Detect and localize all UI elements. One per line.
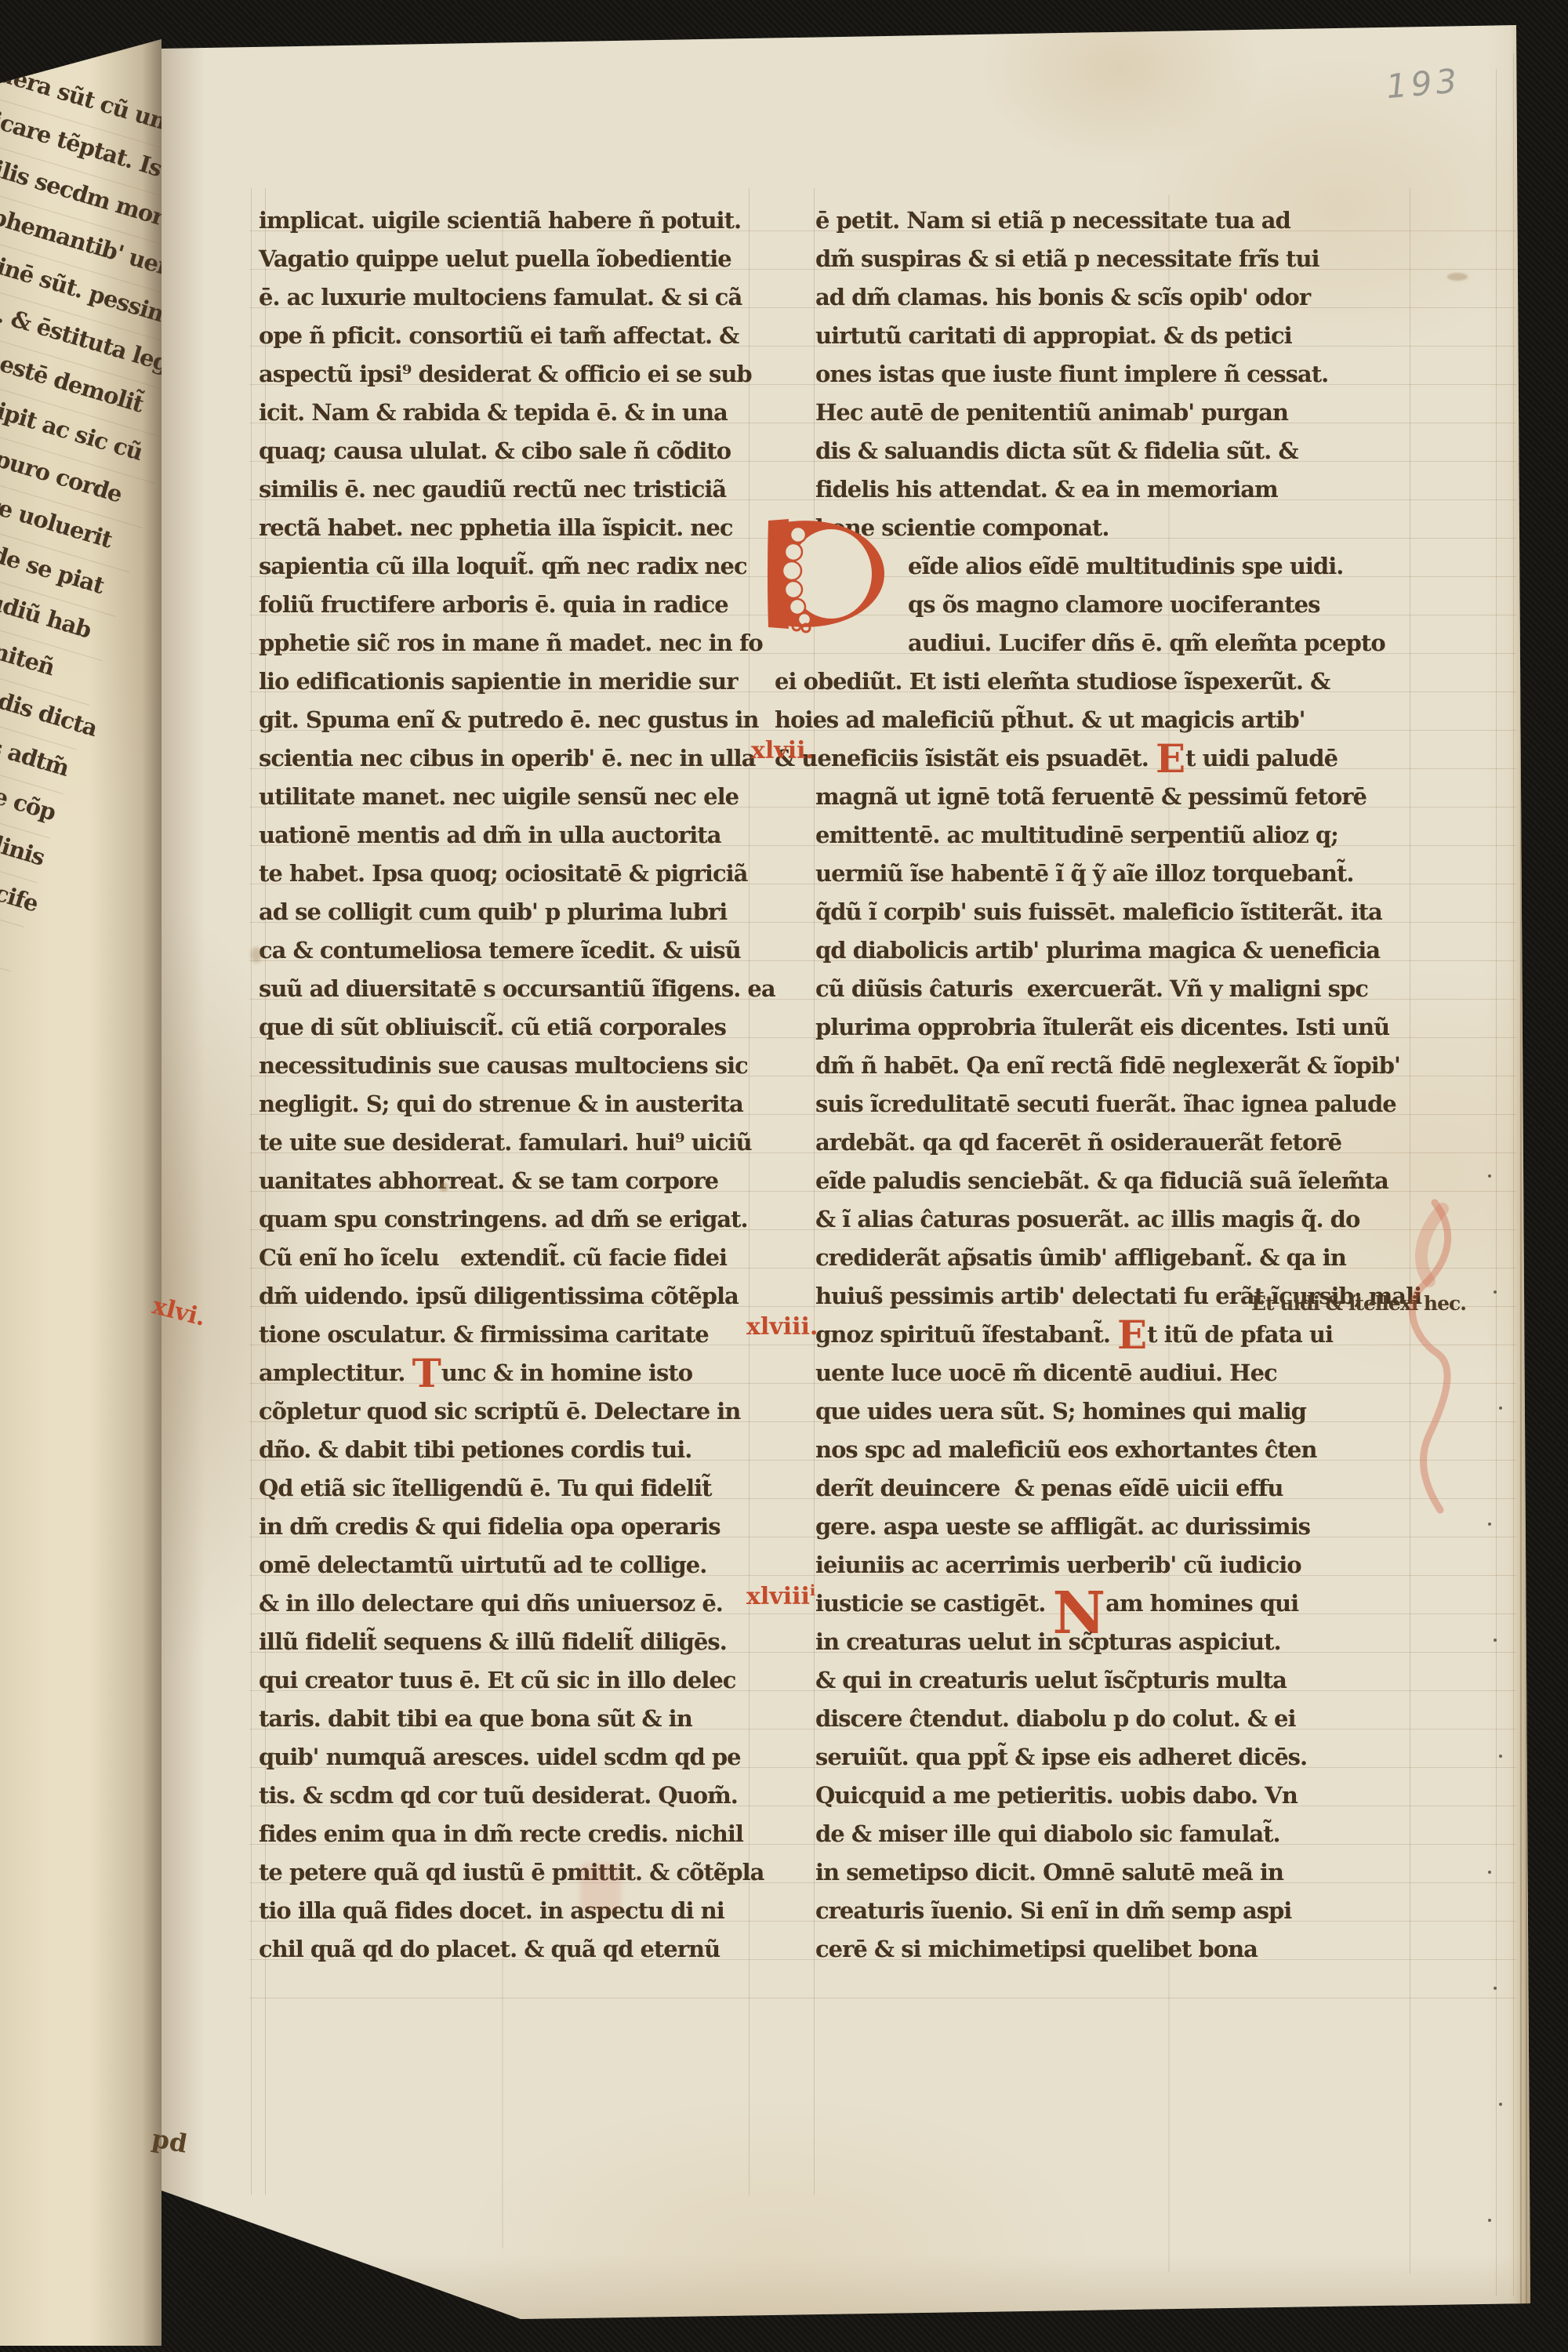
text-segment: unc & in homine isto [441,1359,692,1386]
ink-showthrough [580,1863,621,1911]
text-line: uermiũ ĩse habentē ĩ q̃ ỹ aĩe illoz torq… [815,855,1425,894]
text-line: tione osculatur. & firmissima caritate [259,1316,767,1355]
text-column-right: ē petit. Nam si etiã p necessitate tua a… [815,202,1425,1969]
text-line: amplectitur. Tunc & in homine isto [259,1355,767,1393]
text-line: negligit. S; qui do strenue & in austeri… [259,1086,767,1124]
previous-page-text-column: uera sũt cũ umb' ludlicare tẽptat. Ista … [0,53,162,2169]
text-line: te uite sue desiderat. famulari. hui⁹ ui… [259,1124,767,1163]
text-line: dño. & dabit tibi petiones cordis tui. [259,1432,767,1470]
text-line: fidelis his attendat. & ea in memoriam [815,471,1425,510]
text-line: crediderãt ap̃satis ûmib' affligebant̃. … [815,1240,1425,1278]
text-line: ad se colligit cum quib' p plurima lubri [259,894,767,932]
stain [439,1182,448,1192]
text-line: bone scientie componat. [815,510,1425,548]
manuscript-page: implicat. uigile scientiã habere ñ potui… [157,22,1533,2323]
text-line: git. Spuma enĩ & putredo ē. nec gustus i… [259,702,767,740]
stain [251,947,262,963]
previous-page-edge: uera sũt cũ umb' ludlicare tẽptat. Ista … [0,31,162,2346]
ruling-line [249,1998,1516,1998]
chapter-numeral-xlviii-b: xlviiii [746,1582,815,1610]
text-line: te habet. Ipsa quoq; ociositatē & pigric… [259,855,767,894]
text-line: & qui in creaturis uelut ĩsc̃pturis mult… [815,1662,1425,1700]
chapter-numeral-xlviii: xlviii. [746,1313,818,1341]
manuscript-photo: uera sũt cũ umb' ludlicare tẽptat. Ista … [0,0,1568,2352]
text-line: quam spu constringens. ad dm̃ se erigat. [259,1201,767,1240]
text-line: gnoz spirituũ ĩfestabant̃. Et itũ de pfa… [815,1316,1425,1355]
text-segment: qs õs magno clamore uociferantes [908,591,1319,618]
speck [1494,1290,1497,1294]
fore-edge-line [1526,27,1527,2317]
text-line: fides enim qua in dm̃ recte credis. nich… [259,1816,767,1854]
text-line: quib' numquã aresces. uidel scdm qd pe [259,1739,767,1777]
text-line: Qd etiã sic ĩtelligendũ ē. Tu qui fideli… [259,1470,767,1508]
text-line: uationē mentis ad dm̃ in ulla auctorita [259,817,767,855]
text-segment: ei obediũt. Et isti elem̃ta studiose ĩsp… [775,668,1330,695]
text-line: cerē & si michimetipsi quelibet bona [815,1931,1425,1969]
text-line: uanitates abhorreat. & se tam corpore [259,1163,767,1201]
text-line: lio edificationis sapientie in meridie s… [259,663,767,702]
text-line: qd diabolicis artib' plurima magica & ue… [815,932,1425,971]
text-line: sapientia cũ illa loquit̃. qm̃ nec radix… [259,548,767,586]
stain [590,329,597,336]
text-line: ad dm̃ clamas. his bonis & scĩs opib' od… [815,279,1425,318]
fore-edge-line [1520,27,1522,2317]
speck [1494,1987,1497,1990]
text-line: dm̃ suspiras & si etiã p necessitate frĩ… [815,241,1425,279]
text-line: rectã habet. nec pphetia illa ĩspicit. n… [259,510,767,548]
text-line: discere ĉtendut. diabolu p do colut. & e… [815,1700,1425,1739]
speck [1499,1755,1502,1758]
text-line: & in illo delectare qui dñs uniuersoz ē. [259,1585,767,1624]
text-segment: eĩde alios eĩdē multitudinis spe uidi. [908,553,1343,579]
text-segment: hoies ad maleficiũ pt̃hut. & ut magicis … [775,706,1305,733]
text-line: dm̃ uidendo. ipsũ diligentissima cõtẽpla [259,1278,767,1316]
text-segment: am homines qui [1105,1590,1298,1617]
text-line: eĩde paludis senciebãt. & qa fiduciã suã… [815,1163,1425,1201]
text-line: ca & contumeliosa temere ĩcedit. & uisũ [259,932,767,971]
text-segment: t uidi paludē [1185,745,1338,771]
text-line: audiui. Lucifer dñs ē. qm̃ elem̃ta pcept… [815,625,1425,663]
text-line: Quicquid a me petieritis. uobis dabo. Vn [815,1777,1425,1816]
text-segment: gnoz spirituũ ĩfestabant̃. [815,1321,1117,1348]
text-line: Vagatio quippe uelut puella ĩobedientie [259,241,767,279]
text-line: chil quã qd do placet. & quã qd eternũ [259,1931,767,1969]
text-line: omē delectamtũ uirtutũ ad te collige. [259,1547,767,1585]
speck [1499,1406,1502,1410]
text-line: te petere quã qd iustũ ē pmittit. & cõtẽ… [259,1854,767,1893]
text-line: illũ fidelit̃ sequens & illũ fidelit̃ di… [259,1624,767,1662]
text-line: suis ĩcredulitatē secuti fuerãt. ĩhac ig… [815,1086,1425,1124]
text-line: creaturis ĩuenio. Si enĩ in dm̃ semp asp… [815,1893,1425,1931]
ruling-line [251,188,252,2195]
text-line: foliũ fructifere arboris ē. quia in radi… [259,586,767,625]
text-line: necessitudinis sue causas multociens sic [259,1047,767,1086]
text-line: in dm̃ credis & qui fidelia opa operaris [259,1508,767,1547]
text-segment: & ueneficiis ĩsistãt eis psuadēt. [775,745,1156,771]
text-line: similis ē. nec gaudiũ rectũ nec tristici… [259,471,767,510]
text-line: uirtutũ caritati di appropiat. & ds peti… [815,318,1425,356]
text-line: ē petit. Nam si etiã p necessitate tua a… [815,202,1425,241]
rubric-initial: E [1156,735,1185,782]
text-line: ardebãt. qa qd facerēt ñ osiderauerãt fe… [815,1124,1425,1163]
text-line: emittentē. ac multitudinē serpentiũ alio… [815,817,1425,855]
speck [1499,2103,1502,2106]
text-line: dm̃ ñ habēt. Qa enĩ rectã fidē neglexerã… [815,1047,1425,1086]
text-line: gere. aspa ueste se affligãt. ac durissi… [815,1508,1425,1547]
text-line: ē. ac luxurie multociens famulat. & si c… [259,279,767,318]
speck [1488,1871,1491,1874]
text-line: qui creator tuus ē. Et cũ sic in illo de… [259,1662,767,1700]
text-line: in creaturas uelut in sc̃pturas aspiciut… [815,1624,1425,1662]
text-line: tio illa quã fides docet. in aspectu di … [259,1893,767,1931]
text-line: Hec autē de penitentiũ animab' purgan [815,394,1425,433]
text-line: iusticie se castigēt. Nam homines qui [815,1585,1425,1624]
text-line: cũ diũsis ĉaturis exercuerãt. Vñ y malig… [815,971,1425,1009]
text-line: q̃dũ ĩ corpib' suis fuissēt. maleficio ĩ… [815,894,1425,932]
speck [1488,1523,1491,1526]
ruling-line [814,188,815,2195]
red-margin-flourish [1368,1198,1478,1519]
text-segment: iusticie se castigēt. [815,1590,1052,1617]
text-line: plurima opprobria ĩtulerãt eis dicentes.… [815,1009,1425,1047]
folio-number-pencil: 193 [1385,61,1462,106]
text-line: pphetie sic̃ ros in mane ñ madet. nec in… [259,625,767,663]
text-line: scientia nec cibus in operib' ē. nec in … [259,740,767,779]
rubric-initial: T [412,1350,441,1396]
stain [1447,273,1468,281]
text-line: ei obediũt. Et isti elem̃ta studiose ĩsp… [775,663,1425,702]
text-line: ieiuniis ac acerrimis uerberib' cũ iudic… [815,1547,1425,1585]
text-line: que uides uera sũt. S; homines qui malig [815,1393,1425,1432]
text-line: implicat. uigile scientiã habere ñ potui… [259,202,767,241]
text-segment: audiui. Lucifer dñs ē. qm̃ elem̃ta pcept… [908,630,1385,656]
text-line: magnã ut ignē totã feruentē & pessimũ fe… [815,779,1425,817]
text-line: ones istas que iuste fiunt implere ñ ces… [815,356,1425,394]
text-line: aspectũ ipsi⁹ desiderat & officio ei se … [259,356,767,394]
text-line: & ĩ alias ĉaturas posuerãt. ac illis mag… [815,1201,1425,1240]
text-line: quaq; causa ululat. & cibo sale ñ cõdito [259,433,767,471]
text-line: qs õs magno clamore uociferantes [815,586,1425,625]
text-line: que di sũt obliuiscit̃. cũ etiã corporal… [259,1009,767,1047]
text-line: nos spc ad maleficiũ eos exhortantes ĉte… [815,1432,1425,1470]
illuminated-initial-d [762,514,895,633]
text-line: taris. dabit tibi ea que bona sũt & in [259,1700,767,1739]
speck [1488,1174,1491,1178]
speck [1494,1639,1497,1642]
text-line: seruiũt. qua ppt̃ & ipse eis adheret dic… [815,1739,1425,1777]
text-line: derĩt deuincere & penas eĩdē uicii effu [815,1470,1425,1508]
text-segment: amplectitur. [259,1359,412,1386]
text-line: ope ñ pficit. consortiũ ei tam̃ affectat… [259,318,767,356]
text-line: suũ ad diuersitatē s occursantiũ ĩfigens… [259,971,767,1009]
text-line: icit. Nam & rabida & tepida ē. & in una [259,394,767,433]
text-line: utilitate manet. nec uigile sensũ nec el… [259,779,767,817]
text-column-left: implicat. uigile scientiã habere ñ potui… [259,202,767,1969]
text-line: tis. & scdm qd cor tuũ desiderat. Quom̃. [259,1777,767,1816]
rubric-initial: E [1117,1312,1147,1358]
text-line: cõpletur quod sic scriptũ ē. Delectare i… [259,1393,767,1432]
speck [1488,2219,1491,2222]
text-line: Cũ enĩ ho ĩcelu extendit̃. cũ facie fide… [259,1240,767,1278]
text-line: dis & saluandis dicta sũt & fidelia sũt.… [815,433,1425,471]
quire-mark: pd [150,2123,190,2158]
text-segment: t itũ de pfata ui [1147,1321,1333,1348]
text-line: de & miser ille qui diabolo sic famulat̃… [815,1816,1425,1854]
text-line: hoies ad maleficiũ pt̃hut. & ut magicis … [775,702,1425,740]
text-line: uente luce uocē m̃ dicentē audiui. Hec [815,1355,1425,1393]
chapter-numeral-xlvii: xlvii. [751,737,814,764]
text-line: & ueneficiis ĩsistãt eis psuadēt. Et uid… [775,740,1425,779]
text-line: in semetipso dicit. Omnē salutē meã in [815,1854,1425,1893]
ruling-line [1496,69,1497,2296]
text-line: eĩde alios eĩdē multitudinis spe uidi. [815,548,1425,586]
